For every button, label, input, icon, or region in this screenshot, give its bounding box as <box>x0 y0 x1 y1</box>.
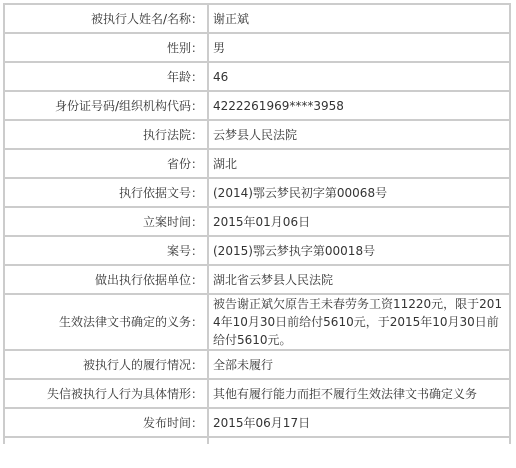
row-basis-doc-number: 执行依据文号： (2014)鄂云梦民初字第00068号 <box>4 178 510 207</box>
row-court: 执行法院： 云梦县人民法院 <box>4 120 510 149</box>
value-name: 谢正斌 <box>208 4 510 33</box>
label-obligation: 生效法律文书确定的义务： <box>4 294 208 350</box>
label-province: 省份： <box>4 149 208 178</box>
value-dishonest-behavior: 其他有履行能力而拒不履行生效法律文书确定义务 <box>208 379 510 408</box>
label-id-number: 身份证号码/组织机构代码： <box>4 91 208 120</box>
value-case-number: (2015)鄂云梦执字第00018号 <box>208 236 510 265</box>
value-id-number: 4222261969****3958 <box>208 91 510 120</box>
row-obligation: 生效法律文书确定的义务： 被告谢正斌欠原告王未春劳务工资11220元，限于201… <box>4 294 510 350</box>
row-cutoff <box>4 437 510 444</box>
label-case-number: 案号： <box>4 236 208 265</box>
label-dishonest-behavior: 失信被执行人行为具体情形： <box>4 379 208 408</box>
label-filing-date: 立案时间： <box>4 207 208 236</box>
row-filing-date: 立案时间： 2015年01月06日 <box>4 207 510 236</box>
value-gender: 男 <box>208 33 510 62</box>
row-age: 年龄： 46 <box>4 62 510 91</box>
label-cutoff <box>4 437 208 444</box>
label-performance-status: 被执行人的履行情况： <box>4 350 208 379</box>
row-name: 被执行人姓名/名称： 谢正斌 <box>4 4 510 33</box>
label-publish-date: 发布时间： <box>4 408 208 437</box>
label-court: 执行法院： <box>4 120 208 149</box>
label-issuing-unit: 做出执行依据单位： <box>4 265 208 294</box>
value-basis-doc-number: (2014)鄂云梦民初字第00068号 <box>208 178 510 207</box>
row-publish-date: 发布时间： 2015年06月17日 <box>4 408 510 437</box>
row-gender: 性别： 男 <box>4 33 510 62</box>
label-age: 年龄： <box>4 62 208 91</box>
value-obligation: 被告谢正斌欠原告王未春劳务工资11220元，限于2014年10月30日前给付56… <box>208 294 510 350</box>
value-province: 湖北 <box>208 149 510 178</box>
dishonest-debtor-info-table: 被执行人姓名/名称： 谢正斌 性别： 男 年龄： 46 身份证号码/组织机构代码… <box>3 3 511 444</box>
value-publish-date: 2015年06月17日 <box>208 408 510 437</box>
row-issuing-unit: 做出执行依据单位： 湖北省云梦县人民法院 <box>4 265 510 294</box>
value-performance-status: 全部未履行 <box>208 350 510 379</box>
label-gender: 性别： <box>4 33 208 62</box>
label-basis-doc-number: 执行依据文号： <box>4 178 208 207</box>
row-id-number: 身份证号码/组织机构代码： 4222261969****3958 <box>4 91 510 120</box>
label-name: 被执行人姓名/名称： <box>4 4 208 33</box>
value-age: 46 <box>208 62 510 91</box>
value-filing-date: 2015年01月06日 <box>208 207 510 236</box>
value-issuing-unit: 湖北省云梦县人民法院 <box>208 265 510 294</box>
value-cutoff <box>208 437 510 444</box>
row-performance-status: 被执行人的履行情况： 全部未履行 <box>4 350 510 379</box>
value-court: 云梦县人民法院 <box>208 120 510 149</box>
row-dishonest-behavior: 失信被执行人行为具体情形： 其他有履行能力而拒不履行生效法律文书确定义务 <box>4 379 510 408</box>
row-province: 省份： 湖北 <box>4 149 510 178</box>
row-case-number: 案号： (2015)鄂云梦执字第00018号 <box>4 236 510 265</box>
